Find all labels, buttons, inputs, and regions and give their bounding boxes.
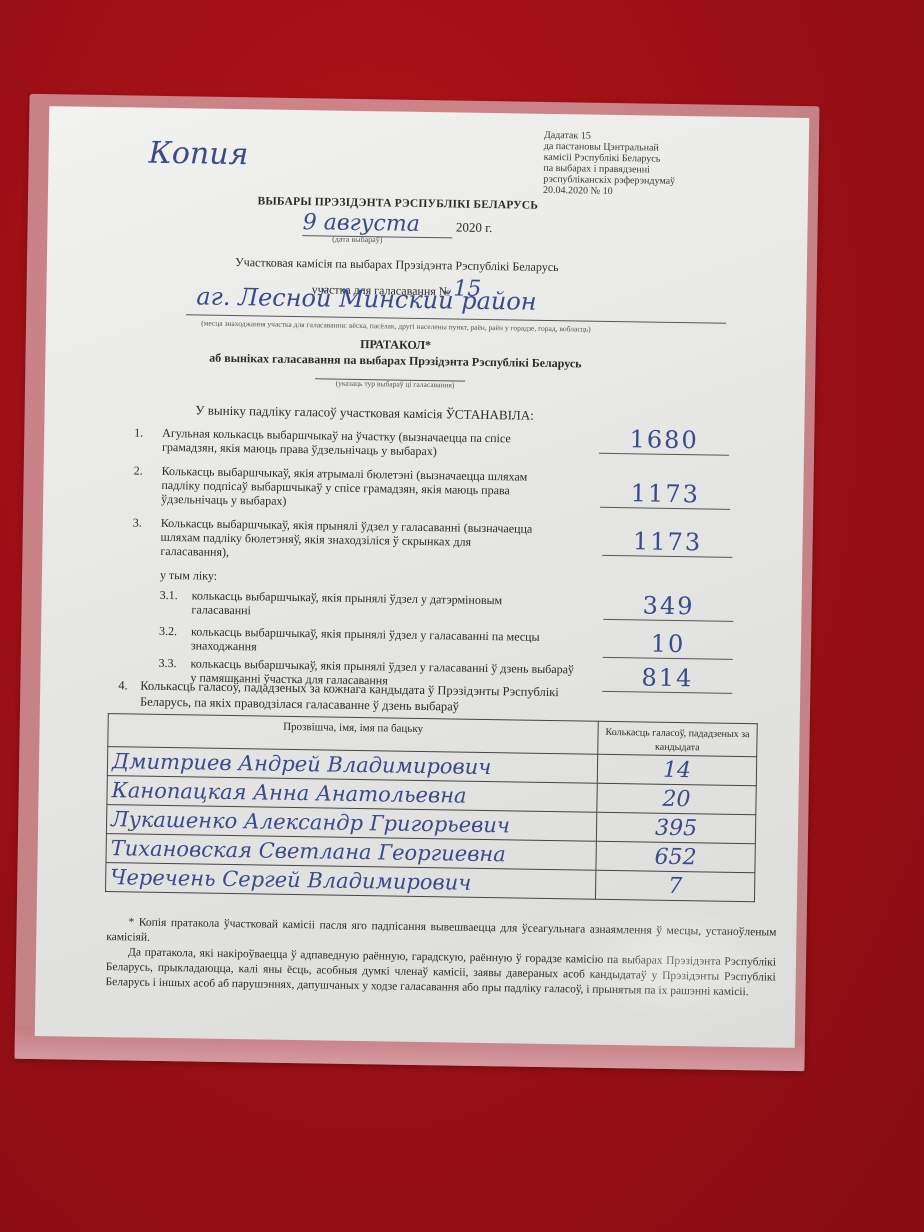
item-text: колькасць выбаршчыкаў, якія прынялі ўдзе… [191,588,502,617]
item-text: Колькасць выбаршчыкаў, якія прынялі ўдзе… [160,516,532,559]
candidate-votes: 14 [597,754,756,785]
item-1-value: 1680 [599,425,729,456]
item-1: 1. Агульная колькасць выбаршчыкаў на ўча… [162,426,542,460]
item-text: Колькасць выбаршчыкаў, якія атрымалі бюл… [161,464,527,508]
item-3-1-value: 349 [603,591,733,622]
item-3-3-value: 814 [602,663,732,694]
item-text: Колькасць галасоў, пададзеных за кожнага… [140,679,559,714]
sleeve-glare [575,904,777,1027]
candidate-votes: 652 [596,841,755,872]
item-4: 4. Колькасць галасоў, пададзеных за кожн… [140,678,610,717]
handwritten-date: 9 августа [303,210,420,237]
item-3-2: 3.2. колькасць выбаршчыкаў, якія прынялі… [191,624,561,658]
handwritten-location: аг. Лесной Минский район [196,282,537,315]
item-text: Агульная колькасць выбаршчыкаў на ўчастк… [162,426,511,458]
item-3-2-value: 10 [603,629,733,660]
item-3-value: 1173 [602,527,732,558]
header-votes: Колькасць галасоў, пададзеных за кандыда… [598,721,757,756]
item-2-value: 1173 [600,479,730,510]
item-text: колькасць выбаршчыкаў, якія прынялі ўдзе… [191,624,540,653]
candidate-votes: 7 [595,870,754,901]
item-3: 3. Колькасць выбаршчыкаў, якія прынялі ў… [160,516,541,564]
annex-line: 20.04.2020 № 10 [543,185,713,199]
candidate-votes: 20 [597,783,756,814]
annex-reference: Дадатак 15 да пастановы Цэнтральнай камі… [543,130,714,199]
handwritten-copy-mark: Копия [148,136,248,173]
established-heading: У выніку падліку галасоў участковая камі… [14,400,714,427]
protocol-sheet: Копия Дадатак 15 да пастановы Цэнтральна… [35,106,810,1048]
date-year: 2020 г. [456,219,493,235]
candidate-votes: 395 [596,812,755,843]
including-label: у тым ліку: [160,568,217,583]
candidate-votes-table: Прозвішча, імя, імя па бацьку Колькасць … [105,713,758,902]
item-2: 2. Колькасць выбаршчыкаў, якія атрымалі … [161,464,552,512]
item-3-1: 3.1. колькасць выбаршчыкаў, якія прынялі… [191,588,561,622]
